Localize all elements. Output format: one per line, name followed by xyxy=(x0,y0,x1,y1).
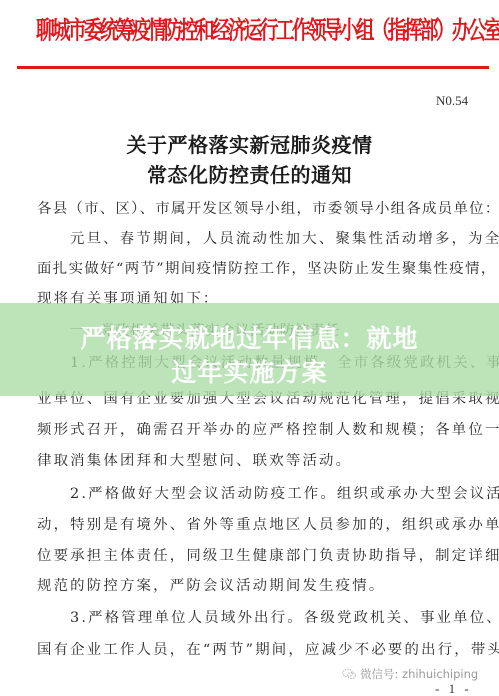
body-line: 3.严格管理单位人员域外出行。各级党政机关、事业单位、 xyxy=(70,608,499,628)
body-line: 规范的防控方案，严防会议活动期间发生疫情。 xyxy=(37,576,385,596)
overlay-headline: 严格落实就地过年信息：就地 过年实施方案 xyxy=(0,322,499,390)
body-line: 律取消集体团拜和大型慰问、联欢等活动。 xyxy=(37,451,352,471)
document-title: 关于严格落实新冠肺炎疫情 常态化防控责任的通知 xyxy=(0,130,499,190)
body-line: 位要承担主体责任，同级卫生健康部门负责协助指导，制定详细 xyxy=(37,546,499,566)
page-number: - 1 - xyxy=(435,681,472,696)
wechat-watermark: 微信号: zhihuichiping xyxy=(342,666,478,682)
body-line: 面扎实做好“两节”期间疫情防控工作，坚决防止发生聚集性疫情， xyxy=(37,259,497,279)
issuing-office-header: 聊城市委统筹疫情防控和经济运行工作领导小组（指挥部）办公室 xyxy=(36,12,476,52)
salutation: 各县（市、区）、市属开发区领导小组，市委领导小组各成员单位： xyxy=(37,199,499,219)
watermark-text: 微信号: zhihuichiping xyxy=(360,666,478,682)
wechat-icon xyxy=(342,668,356,680)
overlay-headline-line-2: 过年实施方案 xyxy=(0,356,499,390)
document-title-line-2: 常态化防控责任的通知 xyxy=(0,160,499,190)
body-line: 动，特别是有境外、省外等重点地区人员参加的，组织或承办单 xyxy=(37,515,499,535)
document-title-line-1: 关于严格落实新冠肺炎疫情 xyxy=(0,130,499,160)
header-red-rule xyxy=(17,66,489,69)
body-line: 国有企业工作人员，在“两节”期间，应减少不必要的出行，带头 xyxy=(37,640,499,660)
body-line: 2.严格做好大型会议活动防疫工作。组织或承办大型会议活 xyxy=(70,484,499,504)
body-line: 频形式召开，确需召开举办的应严格控制人数和规模；各单位一 xyxy=(37,420,499,440)
document-number: N0.54 xyxy=(436,93,468,109)
body-line: 元旦、春节期间，人员流动性加大、聚集性活动增多，为全 xyxy=(70,229,499,249)
overlay-headline-line-1: 严格落实就地过年信息：就地 xyxy=(0,322,499,356)
